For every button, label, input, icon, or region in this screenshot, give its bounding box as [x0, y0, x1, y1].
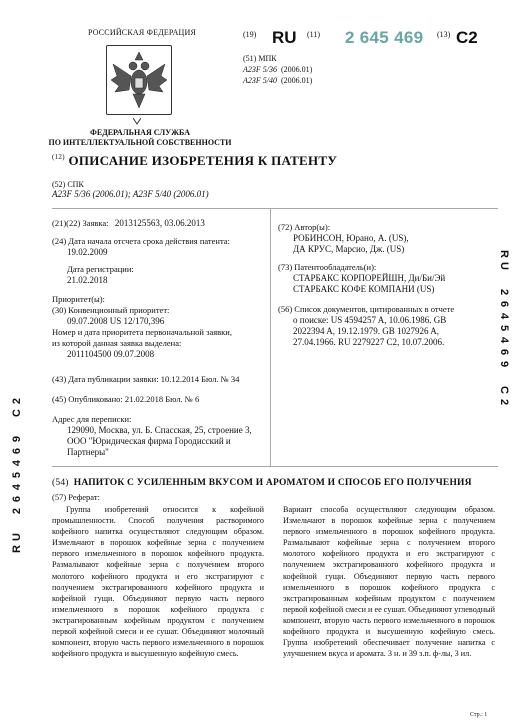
owner-name: СТАРБАКС КОФЕ КОМПАНИ (US)	[278, 284, 445, 295]
side-mark-char: 4	[11, 460, 23, 466]
spk-value: A23F 5/36 (2006.01); A23F 5/40 (2006.01)	[52, 189, 209, 199]
citations-line: 2022394 A, 19.12.1979. GB 1027926 A,	[278, 326, 454, 337]
address-line: ООО "Юридическая фирма Городисский и	[52, 436, 252, 447]
authors-label: (72) Автор(ы):	[278, 222, 409, 233]
abstract-label: (57) Реферат:	[52, 492, 100, 502]
side-mark-char: 2	[498, 289, 510, 295]
term-start-value: 19.02.2009	[52, 247, 230, 258]
divider-vertical	[270, 208, 271, 466]
address-line: 129090, Москва, ул. Б. Спасская, 25, стр…	[52, 425, 252, 436]
side-mark-char: 4	[11, 484, 23, 490]
invention-title: (54) НАПИТОК С УСИЛЕННЫМ ВКУСОМ И АРОМАТ…	[52, 478, 472, 488]
owners-field: (73) Патентообладатель(и): СТАРБАКС КОРП…	[278, 262, 445, 295]
side-mark-char: 6	[11, 448, 23, 454]
side-mark-char	[10, 522, 24, 525]
side-mark-char: U	[498, 262, 510, 270]
author-name: РОБИНСОН, Юрано, А. (US),	[278, 233, 409, 244]
side-mark-left: 2C 9645462 UR	[10, 395, 24, 555]
spk-label: (52) СПК	[52, 180, 209, 189]
country-code: RU	[272, 28, 297, 48]
address-line: Партнеры"	[52, 447, 252, 458]
invention-title-text: НАПИТОК С УСИЛЕННЫМ ВКУСОМ И АРОМАТОМ И …	[74, 478, 472, 488]
kind-code: C2	[456, 28, 478, 48]
code-12: (12)	[52, 153, 65, 161]
published-field: (45) Опубликовано: 21.02.2018 Бюл. № 6	[52, 394, 199, 405]
agency-name: ФЕДЕРАЛЬНАЯ СЛУЖБА ПО ИНТЕЛЛЕКТУАЛЬНОЙ С…	[30, 128, 250, 148]
side-mark-char: 4	[498, 337, 510, 343]
side-mark-char: 4	[498, 313, 510, 319]
page-number: Стр.: 1	[470, 712, 487, 718]
abstract-right-column: Вариант способа осуществляют следующим о…	[283, 504, 495, 659]
registration-field: Дата регистрации: 21.02.2018	[52, 264, 134, 286]
mpk-label: (51) МПК	[243, 53, 312, 64]
term-start-label: (24) Дата начала отсчета срока действия …	[52, 236, 230, 247]
side-mark-char	[497, 375, 511, 378]
side-mark-char: C	[498, 386, 510, 394]
term-start-field: (24) Дата начала отсчета срока действия …	[52, 236, 230, 258]
owner-name: СТАРБАКС КОРПОРЕЙШН, Ди/Би/Эй	[278, 273, 445, 284]
mpk-block: (51) МПК A23F 5/36 (2006.01) A23F 5/40 (…	[243, 53, 312, 86]
original-app-value: 2011104500 09.07.2008	[52, 349, 232, 360]
code-13: (13)	[437, 30, 450, 39]
side-mark-char: R	[498, 250, 510, 258]
publication-field: (43) Дата публикации заявки: 10.12.2014 …	[52, 374, 239, 385]
citations-label: (56) Список документов, цитированных в о…	[278, 304, 454, 315]
application-field: (21)(22) Заявка: 2013125563, 03.06.2013	[52, 218, 205, 229]
mpk-class-version: (2006.01)	[281, 65, 312, 74]
emblem-notch	[133, 113, 141, 121]
side-mark-char: 2	[11, 398, 23, 404]
side-mark-char	[497, 277, 511, 280]
side-mark-char: 9	[498, 361, 510, 367]
mpk-class-version: (2006.01)	[281, 76, 312, 85]
side-mark-char: 2	[11, 508, 23, 514]
convention-value: 09.07.2008 US 12/170,396	[52, 316, 232, 327]
agency-line-2: ПО ИНТЕЛЛЕКТУАЛЬНОЙ СОБСТВЕННОСТИ	[30, 138, 250, 148]
agency-line-1: ФЕДЕРАЛЬНАЯ СЛУЖБА	[30, 128, 250, 138]
author-name: ДА КРУС, Марсио, Дж. (US)	[278, 244, 409, 255]
priority-field: Приоритет(ы): (30) Конвенционный приорит…	[52, 294, 232, 360]
mpk-class-code: A23F 5/40	[243, 76, 277, 85]
russian-coat-of-arms-icon	[106, 45, 172, 115]
registration-value: 21.02.2018	[52, 275, 134, 286]
document-title-text: ОПИСАНИЕ ИЗОБРЕТЕНИЯ К ПАТЕНТУ	[68, 153, 337, 168]
side-mark-char: 5	[11, 472, 23, 478]
side-mark-char: 6	[498, 301, 510, 307]
side-mark-char: 6	[11, 496, 23, 502]
divider-top	[52, 208, 498, 209]
application-value: 2013125563, 03.06.2013	[115, 218, 205, 228]
mpk-class-code: A23F 5/36	[243, 65, 277, 74]
authors-field: (72) Автор(ы): РОБИНСОН, Юрано, А. (US),…	[278, 222, 409, 255]
convention-label: (30) Конвенционный приоритет:	[52, 305, 232, 316]
code-19: (19)	[243, 30, 256, 39]
document-title: (12) ОПИСАНИЕ ИЗОБРЕТЕНИЯ К ПАТЕНТУ	[52, 153, 337, 169]
spk-block: (52) СПК A23F 5/36 (2006.01); A23F 5/40 …	[52, 180, 209, 199]
owners-label: (73) Патентообладатель(и):	[278, 262, 445, 273]
address-label: Адрес для переписки:	[52, 414, 252, 425]
code-54: (54)	[52, 478, 69, 488]
citations-field: (56) Список документов, цитированных в о…	[278, 304, 454, 348]
registration-label: Дата регистрации:	[52, 264, 134, 275]
side-mark-char: 9	[11, 436, 23, 442]
side-mark-char: 2	[498, 399, 510, 405]
divider-bottom	[52, 466, 498, 467]
original-app-label: Номер и дата приоритета первоначальной з…	[52, 327, 232, 338]
address-field: Адрес для переписки: 129090, Москва, ул.…	[52, 414, 252, 458]
patent-number: 2 645 469	[345, 28, 423, 48]
side-mark-char: C	[11, 409, 23, 417]
side-mark-char: R	[11, 545, 23, 553]
side-mark-char	[10, 424, 24, 427]
country-name: РОССИЙСКАЯ ФЕДЕРАЦИЯ	[62, 28, 222, 37]
side-mark-char: 6	[498, 349, 510, 355]
citations-line: о поиске: US 4594257 A, 10.06.1986. GB	[278, 315, 454, 326]
side-mark-right: RU 2645469 C2	[497, 248, 511, 408]
code-11: (11)	[307, 30, 320, 39]
priority-label: Приоритет(ы):	[52, 294, 232, 305]
side-mark-char: 5	[498, 325, 510, 331]
application-label: (21)(22) Заявка:	[52, 218, 109, 228]
original-app-label-2: из которой данная заявка выделена:	[52, 338, 232, 349]
side-mark-char: U	[11, 533, 23, 541]
abstract-left-column: Группа изобретений относится к кофейной …	[52, 504, 264, 659]
citations-line: 27.04.1966. RU 2279227 C2, 10.07.2006.	[278, 337, 454, 348]
